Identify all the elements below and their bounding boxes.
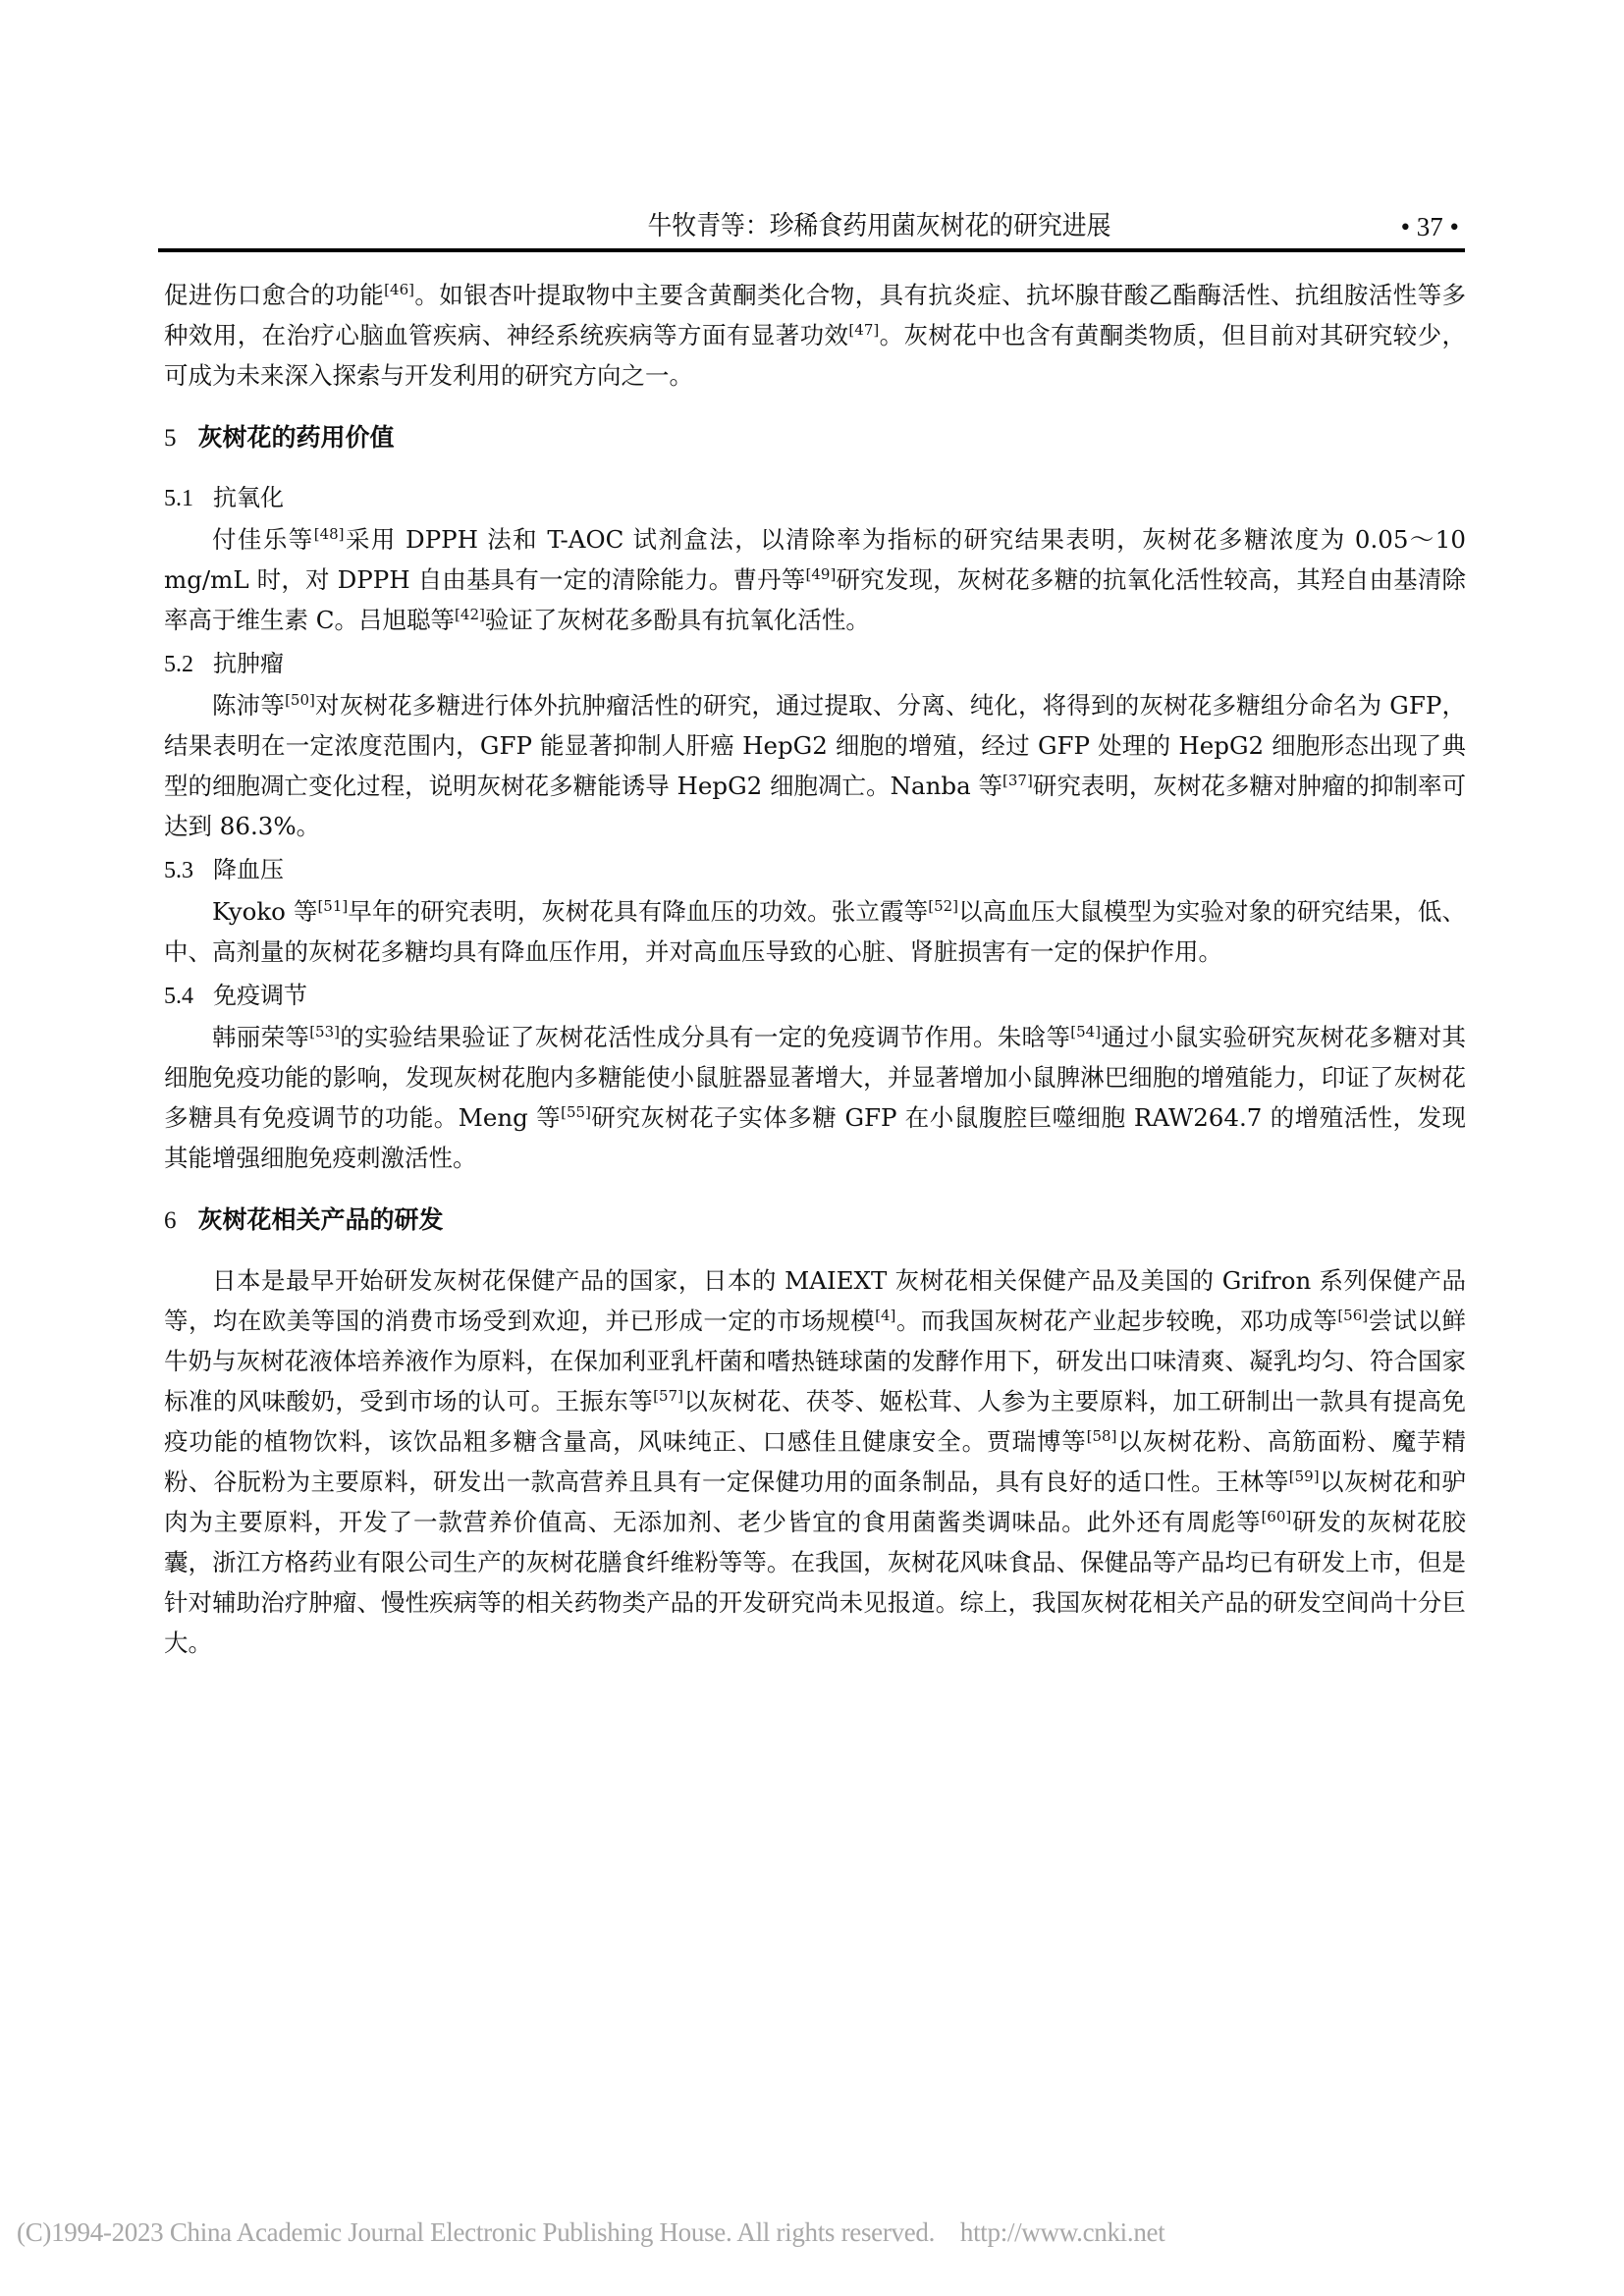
citation: [52] [928, 897, 958, 915]
citation: [59] [1289, 1468, 1320, 1485]
paragraph-antihypertensive: Kyoko 等[51]早年的研究表明，灰树花具有降血压的功效。张立霞等[52]以… [164, 891, 1466, 972]
subsection-heading-5-2: 5.2抗肿瘤 [164, 644, 1466, 685]
subsection-title: 抗肿瘤 [213, 650, 284, 677]
subsection-heading-5-1: 5.1抗氧化 [164, 478, 1466, 519]
section-title: 灰树花相关产品的研发 [198, 1205, 444, 1234]
section-heading-5: 5灰树花的药用价值 [164, 417, 1466, 458]
citation: [54] [1070, 1023, 1101, 1041]
paragraph-antitumor: 陈沛等[50]对灰树花多糖进行体外抗肿瘤活性的研究，通过提取、分离、纯化，将得到… [164, 685, 1466, 846]
intro-paragraph: 促进伤口愈合的功能[46]。如银杏叶提取物中主要含黄酮类化合物，具有抗炎症、抗坏… [164, 275, 1466, 396]
subsection-title: 免疫调节 [213, 982, 307, 1009]
section-title: 灰树花的药用价值 [198, 423, 395, 452]
citation: [55] [561, 1103, 591, 1121]
citation: [46] [384, 281, 414, 298]
subsection-heading-5-3: 5.3降血压 [164, 850, 1466, 891]
text-run: 验证了灰树花多酚具有抗氧化活性。 [485, 606, 870, 634]
subsection-number: 5.3 [164, 858, 193, 883]
text-run: 的实验结果验证了灰树花活性成分具有一定的免疫调节作用。朱晗等 [340, 1023, 1070, 1051]
subsection-number: 5.1 [164, 486, 193, 511]
text-run: 韩丽荣等 [212, 1023, 309, 1051]
section-number: 6 [164, 1207, 177, 1234]
copyright-footer: (C)1994-2023 China Academic Journal Elec… [17, 2217, 1164, 2248]
citation: [58] [1087, 1427, 1117, 1445]
copyright-text: (C)1994-2023 China Academic Journal Elec… [17, 2217, 935, 2247]
citation: [42] [455, 606, 485, 623]
text-run: 陈沛等 [212, 691, 285, 720]
section-heading-6: 6灰树花相关产品的研发 [164, 1200, 1466, 1241]
text-run: 。而我国灰树花产业起步较晚，邓功成等 [895, 1307, 1337, 1335]
citation: [48] [314, 525, 345, 543]
subsection-number: 5.4 [164, 984, 193, 1009]
subsection-title: 降血压 [213, 856, 284, 883]
article-body: 促进伤口愈合的功能[46]。如银杏叶提取物中主要含黄酮类化合物，具有抗炎症、抗坏… [164, 275, 1466, 1663]
citation: [60] [1261, 1508, 1291, 1525]
page-number: • 37 • [1401, 210, 1459, 243]
paragraph-products: 日本是最早开始研发灰树花保健产品的国家，日本的 MAIEXT 灰树花相关保健产品… [164, 1260, 1466, 1663]
citation: [56] [1337, 1307, 1368, 1324]
citation: [37] [1002, 772, 1033, 789]
text-run: Kyoko 等 [212, 897, 317, 926]
citation: [57] [653, 1387, 683, 1405]
text-run: 付佳乐等 [212, 525, 314, 554]
subsection-title: 抗氧化 [213, 484, 284, 511]
citation: [4] [875, 1307, 895, 1324]
running-title: 牛牧青等：珍稀食药用菌灰树花的研究进展 [210, 210, 1413, 243]
subsection-number: 5.2 [164, 652, 193, 677]
cnki-link[interactable]: http://www.cnki.net [960, 2217, 1165, 2247]
subsection-heading-5-4: 5.4免疫调节 [164, 976, 1466, 1017]
running-header: 牛牧青等：珍稀食药用菌灰树花的研究进展 • 37 • [158, 210, 1465, 251]
header-rule [158, 248, 1465, 252]
citation: [50] [285, 691, 315, 709]
text-run: 促进伤口愈合的功能 [164, 281, 384, 309]
citation: [51] [317, 897, 348, 915]
citation: [53] [309, 1023, 340, 1041]
paragraph-immunomodulation: 韩丽荣等[53]的实验结果验证了灰树花活性成分具有一定的免疫调节作用。朱晗等[5… [164, 1017, 1466, 1178]
paragraph-antioxidant: 付佳乐等[48]采用 DPPH 法和 T-AOC 试剂盒法，以清除率为指标的研究… [164, 519, 1466, 640]
citation: [47] [848, 321, 879, 339]
text-run: 早年的研究表明，灰树花具有降血压的功效。张立霞等 [348, 897, 928, 926]
citation: [49] [806, 565, 837, 583]
section-number: 5 [164, 425, 177, 452]
